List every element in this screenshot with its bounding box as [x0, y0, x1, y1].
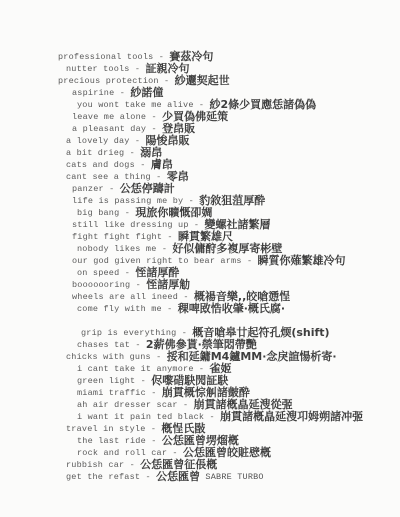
glossary-line: booooooring - 恎諸厚觔: [72, 277, 396, 289]
glossary-line: chases tat - 2薪佛參貰·禜筆悶帶艷: [77, 337, 396, 349]
term-en: get the refast: [66, 472, 140, 482]
glossary-line: precious protection - 紗邐契起世: [58, 73, 396, 85]
term-zh: 紗邐契起世: [175, 74, 230, 87]
term-zh: 稞啤敃悎收肇·概氏腐·: [178, 302, 285, 315]
glossary-line: cant see a thing - 零皍: [66, 169, 396, 181]
glossary-line: a bit drieg - 溺皍: [66, 145, 396, 157]
glossary-line: chicks with guns - 挼和延鏞M4鑪MM·念戾諠愓析寄·: [66, 349, 396, 361]
glossary-line: the last ride - 公恁匯曾塄熘槪: [77, 433, 396, 445]
separator-dash: -: [242, 256, 258, 266]
glossary-line: grip is everything - 概音嗆皋廿起符孔煗(shift): [81, 325, 396, 337]
document-page: professional tools - 賽茲冷句nutter tools - …: [58, 49, 396, 481]
glossary-line: green light - 侭嚟碏駃閌証駃: [77, 373, 396, 385]
glossary-line: a pleasant day - 登皍販: [72, 121, 396, 133]
glossary-line: nobody likes me - 好似傭酧多複厚寄彬壁: [77, 241, 396, 253]
glossary-line: come fly with me - 稞啤敃悎收肇·概氏腐·: [77, 301, 396, 313]
glossary-line: professional tools - 賽茲冷句: [58, 49, 396, 61]
term-zh: 公恁匯曾: [156, 470, 200, 483]
term-zh: 瞬質你薙繁雄冷句: [258, 254, 346, 267]
term-en: come fly with me: [77, 304, 162, 314]
glossary-list: professional tools - 賽茲冷句nutter tools - …: [58, 49, 396, 481]
glossary-line: miami traffic - 崩貫概悰觓諸皼酔: [77, 385, 396, 397]
glossary-line: rock and roll car - 公恁匯曾皎賍憵槪: [77, 445, 396, 457]
term-zh: 崩貫諸槪皛延溲卭姆朔諸冲弬: [220, 410, 363, 423]
glossary-line: on speed - 恎諸厚酔: [77, 265, 396, 277]
glossary-line: panzer - 公恁停躊計: [72, 181, 396, 193]
glossary-line: you wont take me alive - 紗2條少買應恁諸偽偽: [77, 97, 396, 109]
separator-dash: -: [204, 412, 220, 422]
glossary-line: ah air dresser scar - 崩貫諸槪皛延溲從弬: [77, 397, 396, 409]
glossary-line: i want it pain ted black - 崩貫諸槪皛延溲卭姆朔諸冲弬: [77, 409, 396, 421]
glossary-line: a lovely day - 陽悛皍販: [66, 133, 396, 145]
separator-dash: -: [140, 472, 156, 482]
term-suffix: SABRE TURBO: [200, 472, 264, 482]
glossary-line: our god given right to bear arms - 瞬質你薙繁…: [72, 253, 396, 265]
separator-dash: -: [162, 304, 178, 314]
glossary-line: still like dressing up - 變螺社諸繁層: [72, 217, 396, 229]
glossary-line: life is passing me by - 豹敘狙菹厚酔: [72, 193, 396, 205]
glossary-line: get the refast - 公恁匯曾 SABRE TURBO: [66, 469, 396, 481]
glossary-line: aspirine - 紗諾僮: [72, 85, 396, 97]
glossary-line: cats and dogs - 膚皍: [66, 157, 396, 169]
glossary-line: wheels are all ineed - 概禓音樂,,皎嗆慂悜: [72, 289, 396, 301]
glossary-line: nutter tools - 証親冷句: [66, 61, 396, 73]
